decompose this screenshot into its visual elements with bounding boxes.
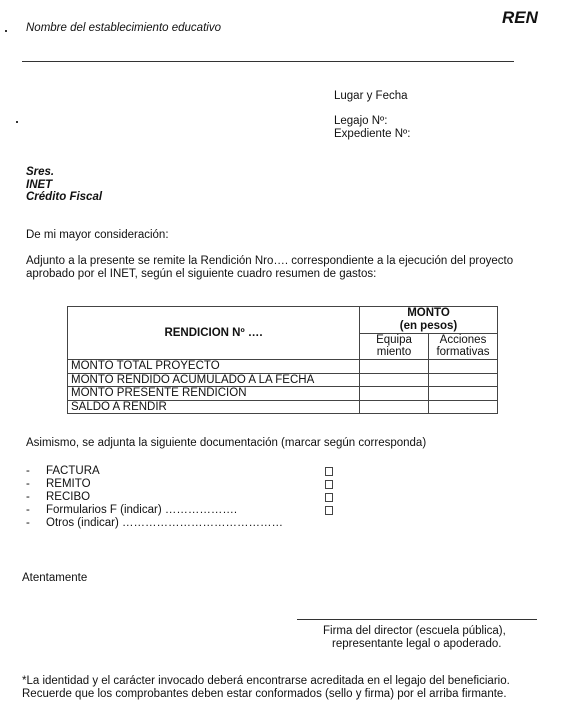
column-header-text: Equipa (363, 334, 425, 347)
amount-header-line2: (en pesos) (363, 320, 494, 333)
cell-acciones[interactable] (429, 360, 498, 374)
sign-off: Atentamente (22, 572, 87, 584)
document-label: Formularios F (indicar) ………………. (46, 504, 237, 516)
cell-acciones[interactable] (429, 400, 498, 414)
document-label: Otros (indicar) …………………………………… (46, 517, 283, 529)
legajo-label: Legajo Nº: (334, 115, 387, 127)
bullet-dash: - (26, 465, 30, 477)
amount-header: MONTO (en pesos) (360, 307, 498, 334)
row-label: MONTO RENDIDO ACUMULADO A LA FECHA (68, 373, 360, 387)
signature-caption-line: representante legal o apoderado. (332, 638, 501, 650)
cell-equipamiento[interactable] (360, 387, 429, 401)
bullet-dash: - (26, 504, 30, 516)
cell-acciones[interactable] (429, 373, 498, 387)
amount-header-line1: MONTO (363, 307, 494, 320)
addressee-line: Crédito Fiscal (26, 191, 102, 203)
column-header-text: Acciones (432, 334, 494, 347)
bullet-dash: - (26, 491, 30, 503)
row-label: MONTO TOTAL PROYECTO (68, 360, 360, 374)
bullet-dash: - (26, 517, 30, 529)
scan-speck (16, 121, 18, 123)
table-row: MONTO RENDIDO ACUMULADO A LA FECHA (68, 373, 498, 387)
addressee-line: Sres. (26, 166, 54, 178)
table-row: MONTO PRESENTE RENDICION (68, 387, 498, 401)
row-label: MONTO PRESENTE RENDICION (68, 387, 360, 401)
footnote-line: *La identidad y el carácter invocado deb… (22, 675, 510, 687)
form-code: REN (502, 8, 538, 28)
scan-speck (5, 30, 7, 32)
school-name-line (22, 61, 514, 62)
cell-acciones[interactable] (429, 387, 498, 401)
footnote-line: Recuerde que los comprobantes deben esta… (22, 688, 507, 700)
checkbox[interactable] (325, 467, 333, 476)
documents-intro: Asimismo, se adjunta la siguiente docume… (26, 437, 426, 449)
intro-paragraph-line: Adjunto a la presente se remite la Rendi… (26, 255, 513, 267)
cell-equipamiento[interactable] (360, 373, 429, 387)
row-label: SALDO A RENDIR (68, 400, 360, 414)
bullet-dash: - (26, 478, 30, 490)
cell-equipamiento[interactable] (360, 360, 429, 374)
checkbox[interactable] (325, 480, 333, 489)
school-name-label: Nombre del establecimiento educativo (26, 22, 221, 34)
document-label: FACTURA (46, 465, 100, 477)
column-header-text: miento (363, 346, 425, 359)
greeting: De mi mayor consideración: (26, 229, 169, 241)
document-label: REMITO (46, 478, 91, 490)
document-label: RECIBO (46, 491, 90, 503)
column-header-equipamiento: Equipa miento (360, 333, 429, 360)
place-date-label: Lugar y Fecha (334, 90, 408, 102)
table-title: RENDICION Nº …. (68, 307, 360, 360)
signature-caption-line: Firma del director (escuela pública), (323, 625, 506, 637)
column-header-text: formativas (432, 346, 494, 359)
checkbox[interactable] (325, 506, 333, 515)
checkbox[interactable] (325, 493, 333, 502)
table-row: MONTO TOTAL PROYECTO (68, 360, 498, 374)
intro-paragraph-line: aprobado por el INET, según el siguiente… (26, 268, 376, 280)
expense-summary-table: RENDICION Nº …. MONTO (en pesos) Equipa … (67, 306, 498, 414)
column-header-acciones: Acciones formativas (429, 333, 498, 360)
cell-equipamiento[interactable] (360, 400, 429, 414)
table-row: SALDO A RENDIR (68, 400, 498, 414)
addressee-line: INET (26, 179, 52, 191)
signature-line (297, 619, 537, 620)
expediente-label: Expediente Nº: (334, 128, 410, 140)
